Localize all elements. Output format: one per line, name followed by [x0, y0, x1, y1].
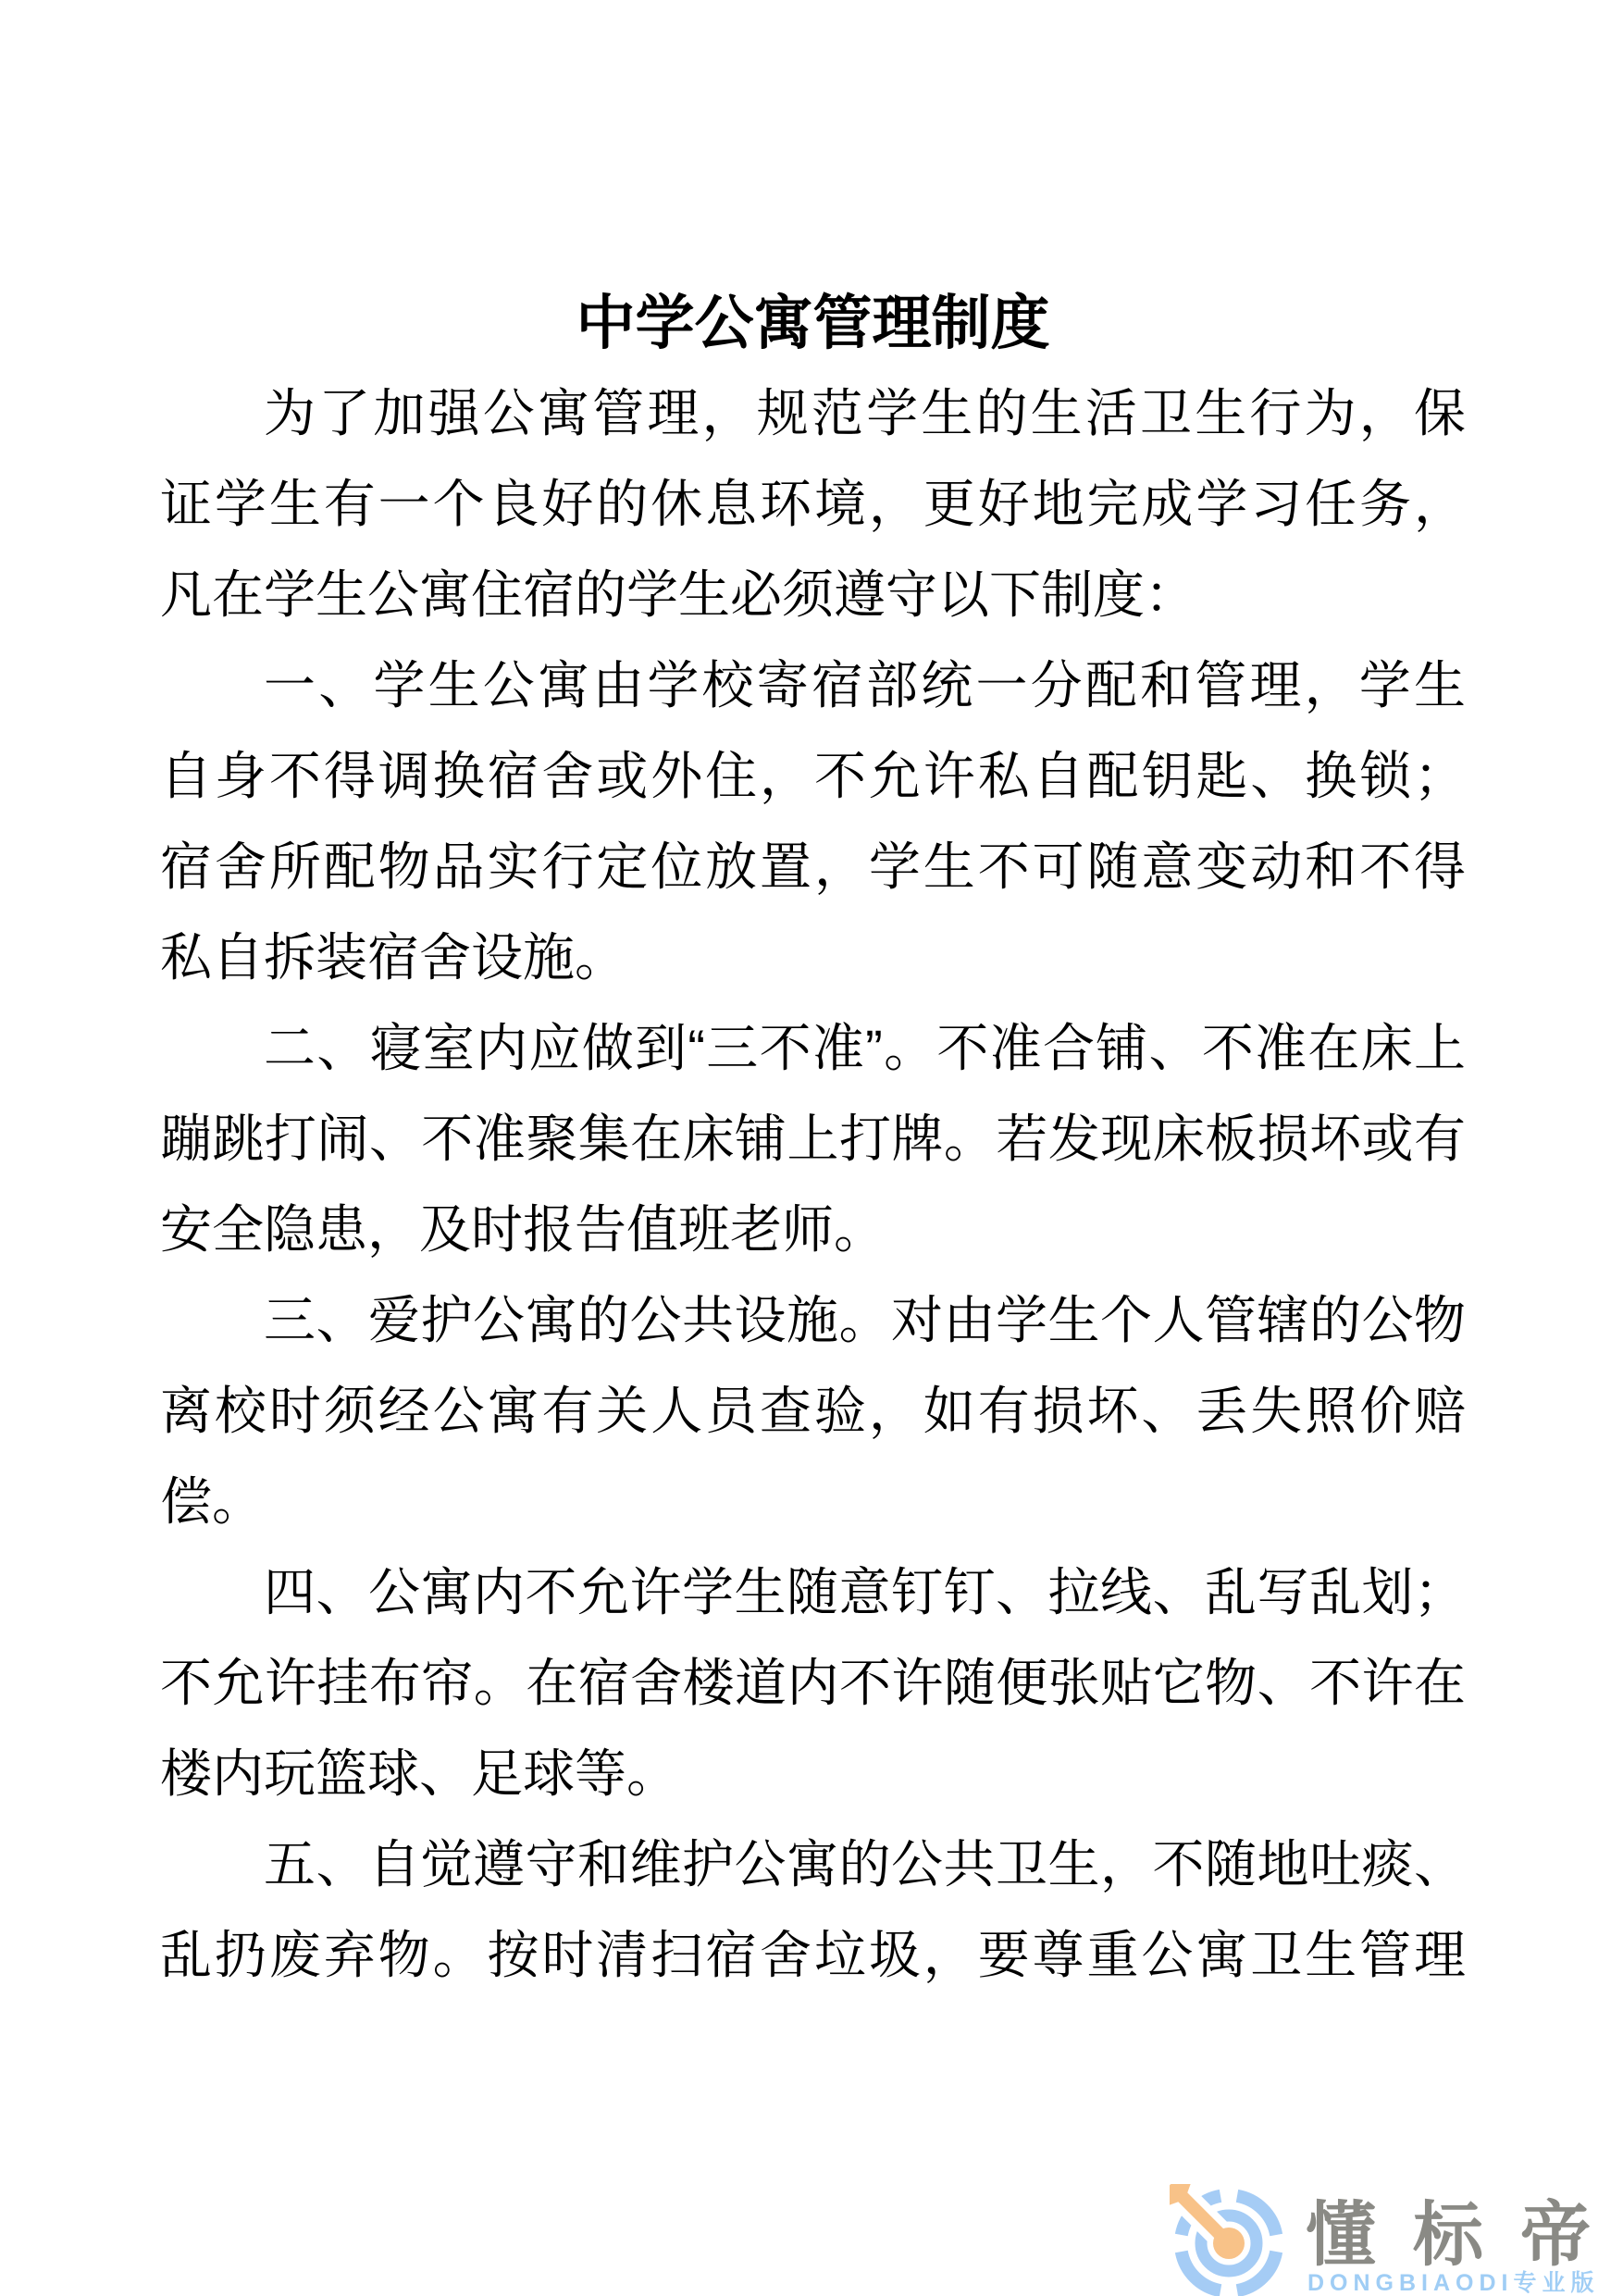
document-line: 不允许挂布帘。在宿舍楼道内不许随便张贴它物、不许在	[160, 1638, 1466, 1729]
document-line: 安全隐患，及时报告值班老师。	[160, 1185, 1466, 1275]
document-line: 为了加强公寓管理，规范学生的生活卫生行为，保	[160, 368, 1466, 459]
document-line: 证学生有一个良好的休息环境，更好地完成学习任务，	[160, 459, 1466, 550]
watermark-caption-text: DONGBIAODI专业版	[1307, 2272, 1600, 2295]
document-body: 中学公寓管理制度 为了加强公寓管理，规范学生的生活卫生行为，保 证学生有一个良好…	[160, 278, 1466, 2001]
document-line: 五、自觉遵守和维护公寓的公共卫生，不随地吐痰、	[160, 1819, 1466, 1910]
document-line: 凡在学生公寓住宿的学生必须遵守以下制度：	[160, 550, 1466, 640]
document-line: 偿。	[160, 1457, 1466, 1547]
document-line: 宿舍所配物品实行定位放置，学生不可随意变动和不得	[160, 822, 1466, 912]
page-title: 中学公寓管理制度	[160, 278, 1466, 368]
document-line: 私自拆装宿舍设施。	[160, 912, 1466, 1003]
document-line: 自身不得调换宿舍或外住，不允许私自配钥匙、换锁；	[160, 731, 1466, 822]
document-line: 乱扔废弃物。按时清扫宿舍垃圾，要尊重公寓卫生管理	[160, 1910, 1466, 2001]
document-page: 中学公寓管理制度 为了加强公寓管理，规范学生的生活卫生行为，保 证学生有一个良好…	[0, 0, 1623, 2296]
document-line: 蹦跳打闹、不准聚集在床铺上打牌。若发现床板损坏或有	[160, 1094, 1466, 1185]
document-line: 楼内玩篮球、足球等。	[160, 1729, 1466, 1819]
document-line: 二、寝室内应做到“三不准”。不准合铺、不准在床上	[160, 1003, 1466, 1094]
document-line: 一、学生公寓由学校寄宿部统一分配和管理，学生	[160, 640, 1466, 731]
watermark: 懂标帝 DONGBIAODI专业版	[1170, 2184, 1604, 2296]
document-line: 四、公寓内不允许学生随意钉钉、拉线、乱写乱划；	[160, 1547, 1466, 1638]
watermark-brand-text: 懂标帝	[1306, 2201, 1623, 2271]
document-line: 离校时须经公寓有关人员查验，如有损坏、丢失照价赔	[160, 1366, 1466, 1457]
dongbiaodi-logo-icon	[1170, 2184, 1288, 2296]
document-line: 三、爱护公寓的公共设施。对由学生个人管辖的公物	[160, 1275, 1466, 1366]
